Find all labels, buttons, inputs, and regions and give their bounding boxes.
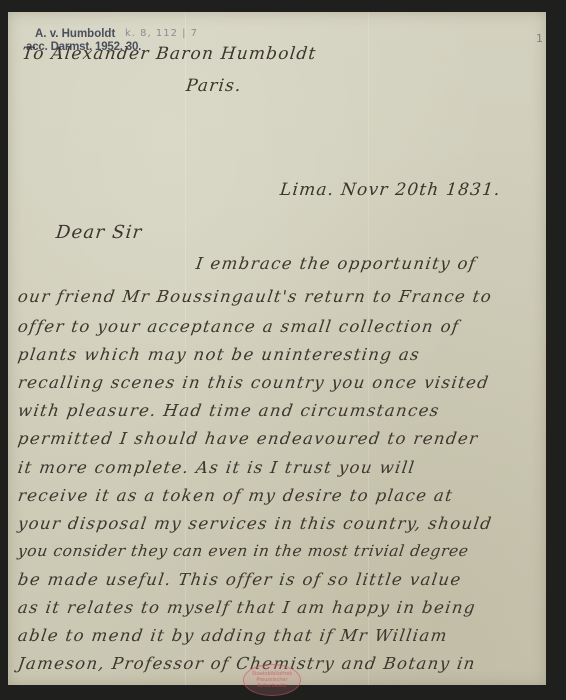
body-line: I embrace the opportunity of — [195, 254, 478, 273]
body-line: your disposal my services in this countr… — [17, 514, 494, 533]
library-stamp-text: Staatsbibliothek Preussischer Kulturbesi… — [244, 671, 300, 689]
body-line: be made useful. This offer is of so litt… — [17, 570, 463, 589]
recipient-address: To Alexander Baron Humboldt — [21, 44, 318, 64]
body-line: with pleasure. Had time and circumstance… — [17, 401, 441, 420]
body-line: it more complete. As it is I trust you w… — [17, 458, 417, 477]
body-line: permitted I should have endeavoured to r… — [17, 429, 480, 448]
body-line: offer to your acceptance a small collect… — [17, 317, 461, 336]
body-line: as it relates to myself that I am happy … — [17, 598, 478, 617]
body-line: receive it as a token of my desire to pl… — [17, 486, 455, 505]
body-line: able to mend it by adding that if Mr Wil… — [17, 626, 449, 645]
archive-stamp-line1: A. v. Humboldt — [26, 28, 141, 41]
shelfmark: k. 8, 112 | 7 — [125, 28, 198, 39]
library-stamp: Staatsbibliothek Preussischer Kulturbesi… — [243, 664, 301, 696]
body-line: our friend Mr Boussingault's return to F… — [17, 287, 494, 306]
recipient-city: Paris. — [185, 76, 243, 96]
salutation: Dear Sir — [55, 222, 144, 243]
folio-number: 1 — [536, 32, 543, 45]
body-line: you consider they can even in the most t… — [17, 542, 470, 560]
date-line: Lima. Novr 20th 1831. — [279, 180, 502, 200]
body-line: plants which may not be uninteresting as — [17, 345, 422, 364]
letter-page: A. v. Humboldt acc. Darmst. 1952. 30. k.… — [8, 12, 546, 685]
body-line: recalling scenes in this country you onc… — [17, 373, 491, 392]
